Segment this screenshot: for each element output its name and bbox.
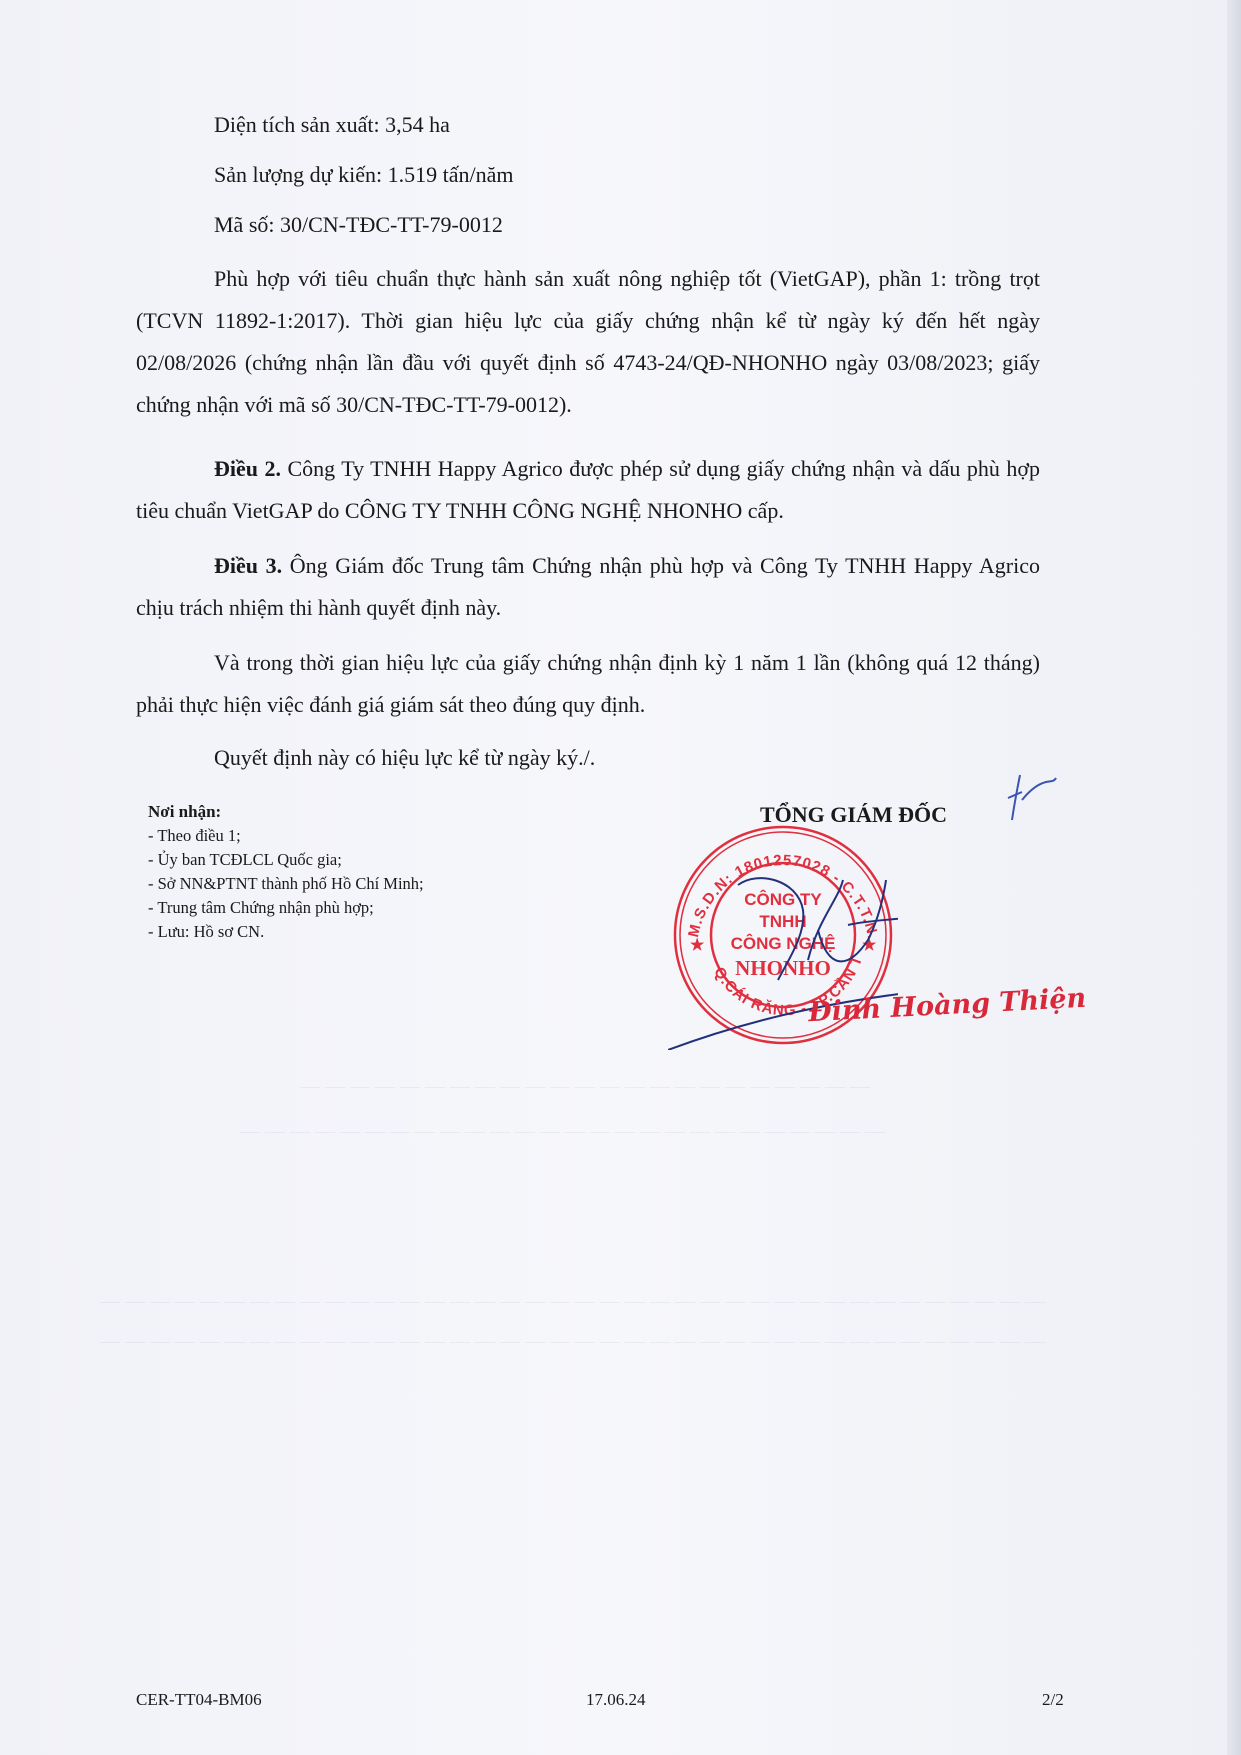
footer-form-code: CER-TT04-BM06 [136,1690,262,1710]
recipients-list: Nơi nhận: - Theo điều 1; - Ủy ban TCĐLCL… [148,800,424,944]
article-3: Điều 3. Ông Giám đốc Trung tâm Chứng nhậ… [136,545,1040,629]
star-icon: ★ [690,937,705,954]
bleed-through-text: — — — — — — — — — — — — — — — — — — — — … [100,1330,1045,1353]
footer-page-number: 2/2 [1042,1690,1064,1710]
article-2: Điều 2. Công Ty TNHH Happy Agrico được p… [136,448,1040,532]
stamp-line-4: NHONHO [735,956,831,980]
bleed-through-text: — — — — — — — — — — — — — — — — — — — — … [240,1120,885,1143]
compliance-paragraph: Phù hợp với tiêu chuẩn thực hành sản xuấ… [136,258,1040,426]
footer-date: 17.06.24 [586,1690,646,1710]
document-page: — — — — — — — — — — — — — — — — — — — — … [0,0,1241,1755]
expected-output: Sản lượng dự kiến: 1.519 tấn/năm [214,162,513,188]
recipient-item: - Trung tâm Chứng nhận phù hợp; [148,896,424,920]
article-3-label: Điều 3. [214,553,282,578]
effective-statement: Quyết định này có hiệu lực kể từ ngày ký… [214,745,595,771]
recipient-item: - Theo điều 1; [148,824,424,848]
stamp-line-2: TNHH [759,912,806,931]
recipient-item: - Sở NN&PTNT thành phố Hồ Chí Minh; [148,872,424,896]
bleed-through-text: — — — — — — — — — — — — — — — — — — — — … [300,1075,870,1098]
stamp-line-1: CÔNG TY [744,890,822,909]
surveillance-paragraph: Và trong thời gian hiệu lực của giấy chứ… [136,642,1040,726]
certificate-code: Mã số: 30/CN-TĐC-TT-79-0012 [214,212,503,238]
page-edge-shadow [1227,0,1241,1755]
production-area: Diện tích sản xuất: 3,54 ha [214,112,450,138]
bleed-through-text: — — — — — — — — — — — — — — — — — — — — … [100,1290,1045,1313]
recipient-item: - Ủy ban TCĐLCL Quốc gia; [148,848,424,872]
article-2-label: Điều 2. [214,456,281,481]
recipients-title: Nơi nhận: [148,800,424,824]
recipient-item: - Lưu: Hồ sơ CN. [148,920,424,944]
initials-mark-icon [1000,770,1060,830]
